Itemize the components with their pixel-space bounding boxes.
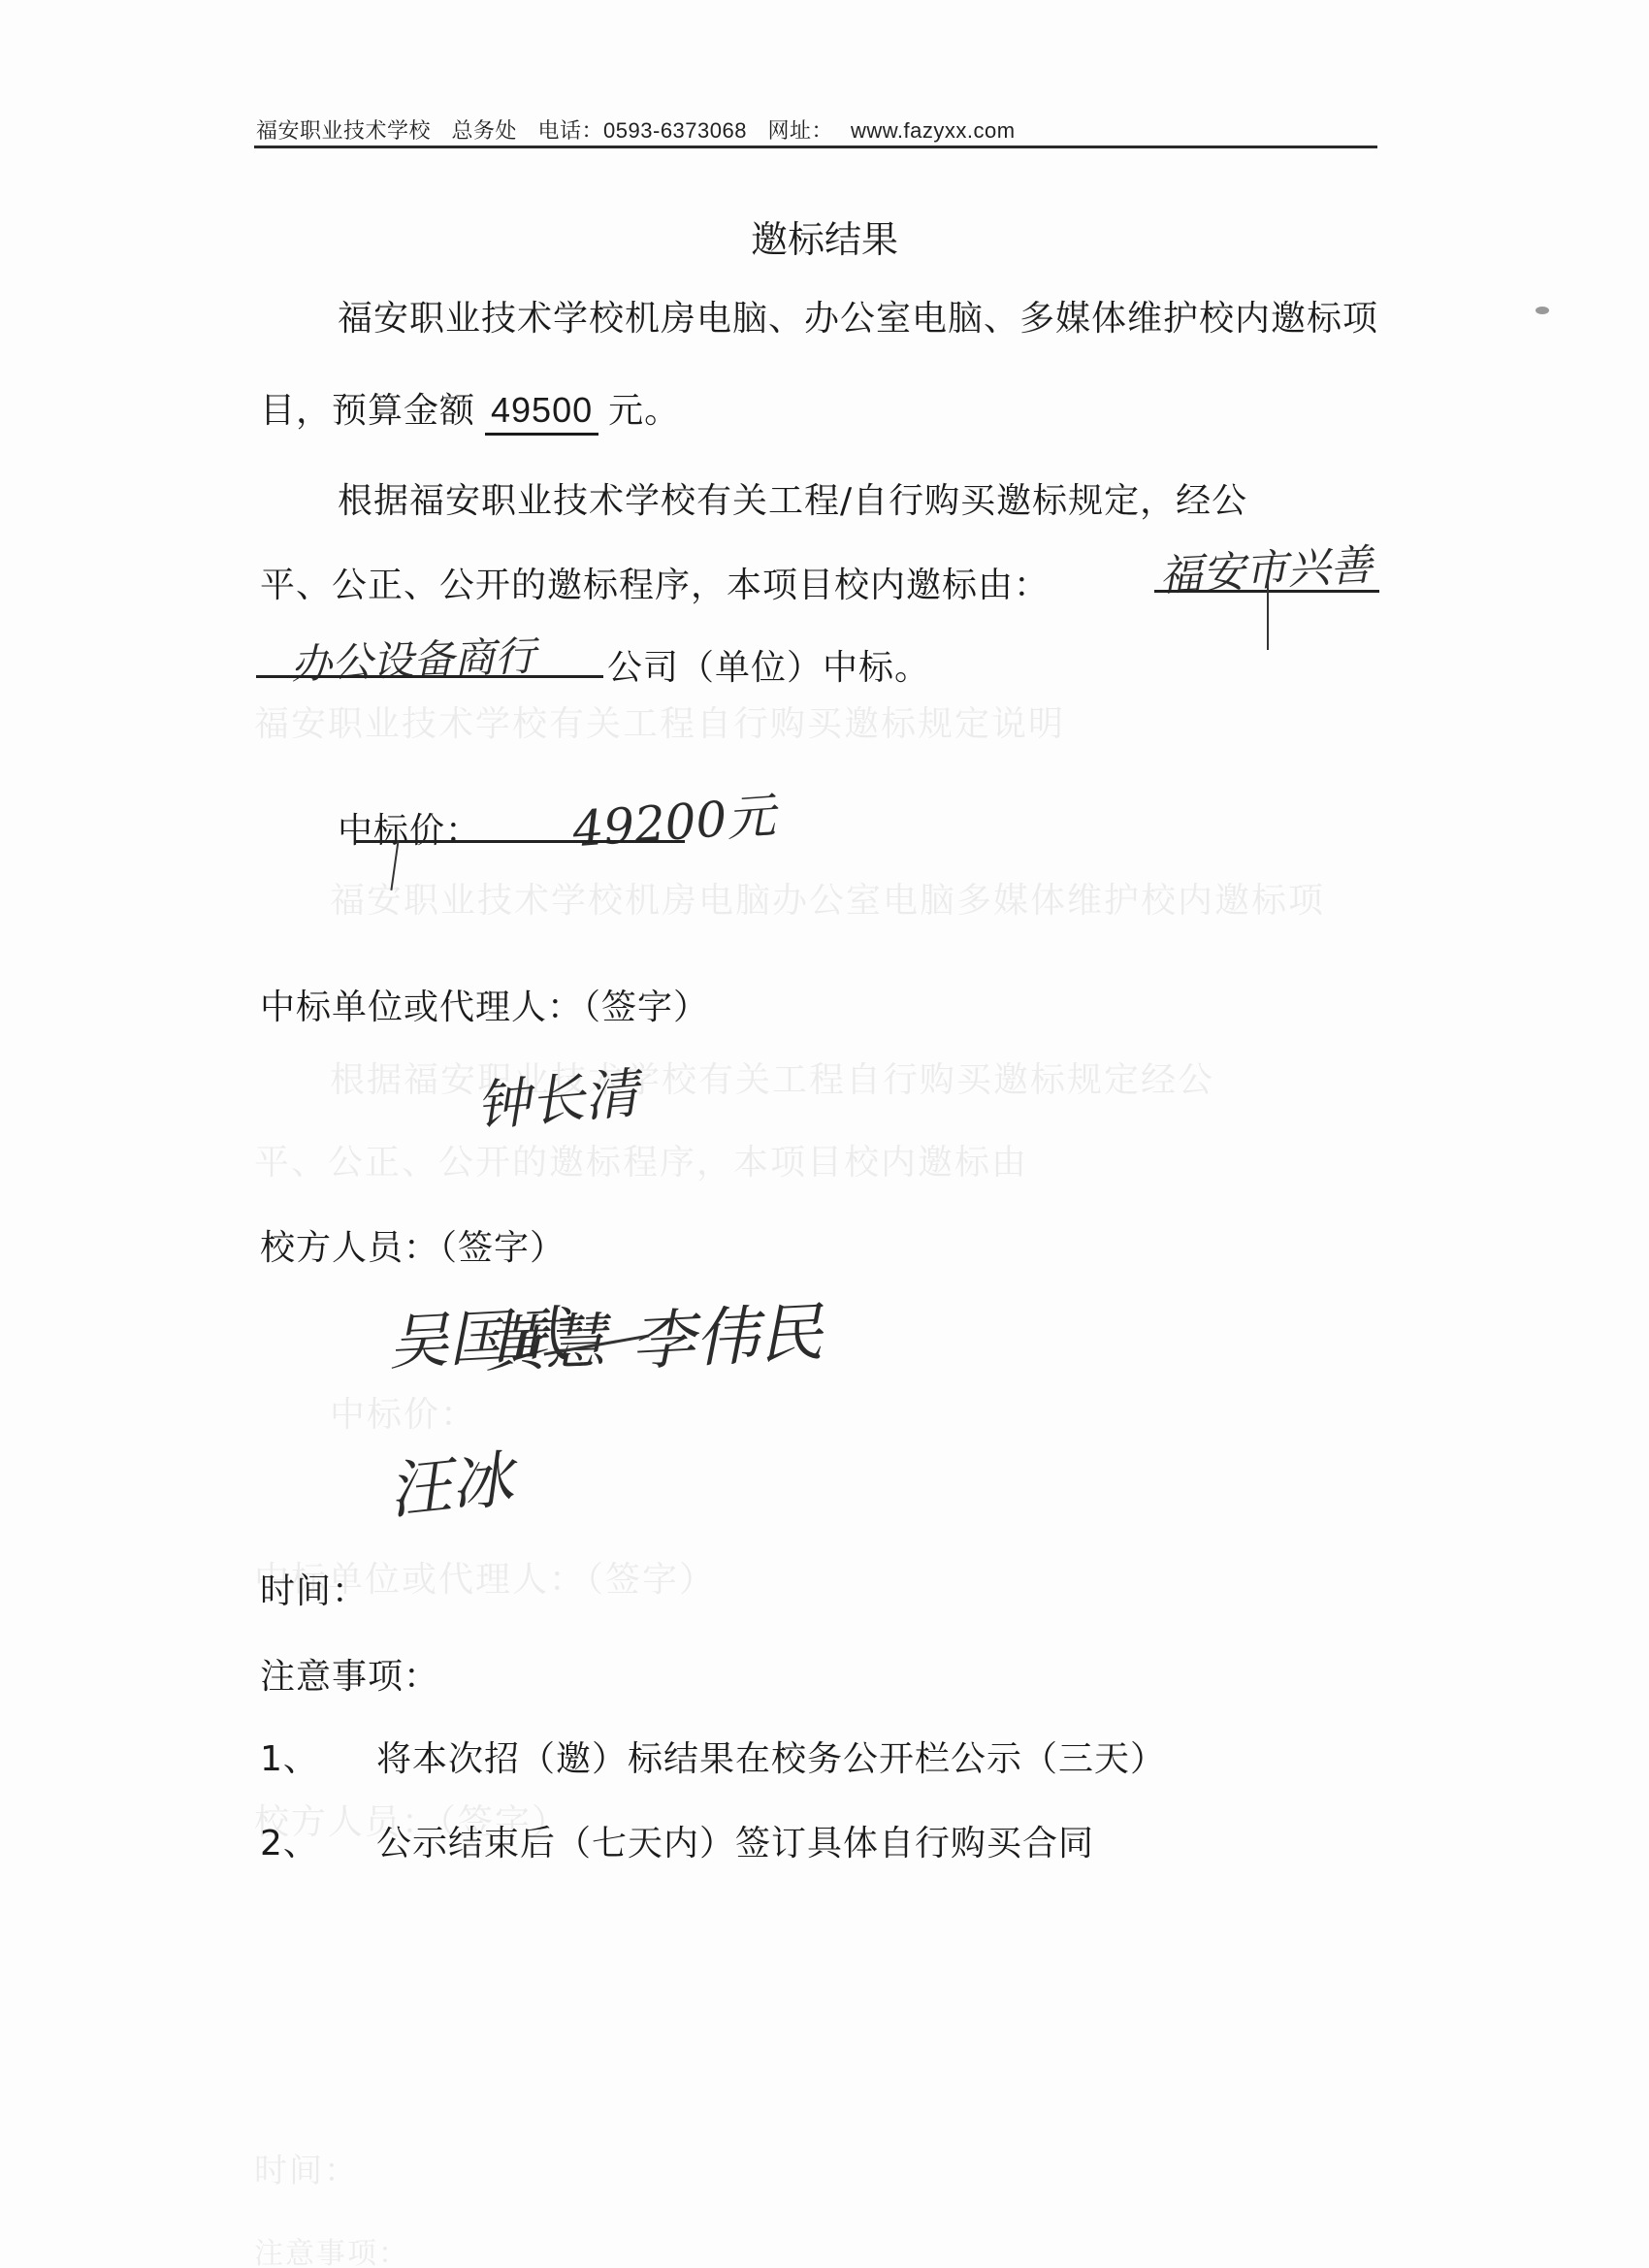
bleed-through-text: 中标价： <box>330 1387 477 1437</box>
header-divider <box>254 146 1377 148</box>
bleed-through-text: 福安职业技术学校有关工程自行购买邀标规定说明 <box>254 697 1065 746</box>
bid-price-label: 中标价： <box>338 803 481 853</box>
scanned-document-page: 福安职业技术学校 总务处 电话：0593-6373068 网址：www.fazy… <box>0 0 1649 2268</box>
scan-speck <box>1536 307 1549 314</box>
bid-price-underline <box>355 840 469 843</box>
note-item-1: 1、将本次招（邀）标结果在校务公开栏公示（三天） <box>260 1732 1166 1781</box>
time-label: 时间： <box>260 1564 368 1613</box>
letterhead: 福安职业技术学校 总务处 电话：0593-6373068 网址：www.fazy… <box>256 114 1029 145</box>
note-number: 1、 <box>260 1732 376 1781</box>
letterhead-phone: 电话：0593-6373068 <box>538 119 747 144</box>
winner-signature: 钟长清 <box>472 1051 641 1142</box>
bleed-through-text: 根据福安职业技术学校有关工程自行购买邀标规定经公 <box>330 1053 1214 1102</box>
note-text: 公示结束后（七天内）签订具体自行购买合同 <box>376 1824 1094 1863</box>
bid-price-handwritten: 49200元 <box>570 777 778 860</box>
budget-unit: 元。 <box>608 391 680 431</box>
paragraph2-line1: 根据福安职业技术学校有关工程/自行购买邀标规定，经公 <box>338 473 1247 523</box>
letterhead-dept: 总务处 <box>452 119 518 144</box>
budget-amount: 49500 <box>485 390 598 436</box>
note-text: 将本次招（邀）标结果在校务公开栏公示（三天） <box>376 1739 1166 1779</box>
winner-underline-2 <box>256 675 603 678</box>
paragraph2-line2: 平、公正、公开的邀标程序，本项目校内邀标由： <box>260 558 1050 607</box>
bleed-through-text: 注意事项： <box>254 2229 409 2268</box>
paragraph1-line2: 目，预算金额49500元。 <box>260 383 680 436</box>
letterhead-web: 网址：www.fazyxx.com <box>767 119 1015 144</box>
school-signature-4: 汪冰 <box>384 1430 517 1532</box>
paragraph1-line1: 福安职业技术学校机房电脑、办公室电脑、多媒体维护校内邀标项 <box>338 291 1378 340</box>
bleed-through-text: 时间： <box>254 2144 359 2191</box>
note-number: 2、 <box>260 1816 376 1865</box>
winner-sign-label: 中标单位或代理人：（签字） <box>260 980 709 1029</box>
bleed-through-text: 福安职业技术学校机房电脑办公室电脑多媒体维护校内邀标项 <box>330 873 1325 923</box>
note-item-2: 2、公示结束后（七天内）签订具体自行购买合同 <box>260 1816 1094 1865</box>
phone-label: 电话： <box>538 119 604 144</box>
web-label: 网址： <box>767 119 833 144</box>
letterhead-org: 福安职业技术学校 <box>256 119 431 144</box>
notes-label: 注意事项： <box>260 1649 439 1699</box>
bleed-through-text: 平、公正、公开的邀标程序，本项目校内邀标由 <box>254 1135 1028 1184</box>
phone-number: 0593-6373068 <box>603 118 747 143</box>
winner-name-handwritten-2: 办公设备商行 <box>290 625 536 692</box>
budget-label: 目，预算金额 <box>260 391 475 431</box>
school-signature-2: 黄慧 <box>483 1293 606 1383</box>
handwriting-stroke <box>1267 582 1269 650</box>
web-address: www.fazyxx.com <box>851 118 1016 143</box>
school-sign-label: 校方人员：（签字） <box>260 1220 566 1270</box>
document-title: 邀标结果 <box>0 210 1649 263</box>
school-signature-3: 李伟民 <box>629 1280 825 1382</box>
paragraph2-line3: 公司（单位）中标。 <box>607 640 930 690</box>
bid-price-underline <box>469 840 685 843</box>
